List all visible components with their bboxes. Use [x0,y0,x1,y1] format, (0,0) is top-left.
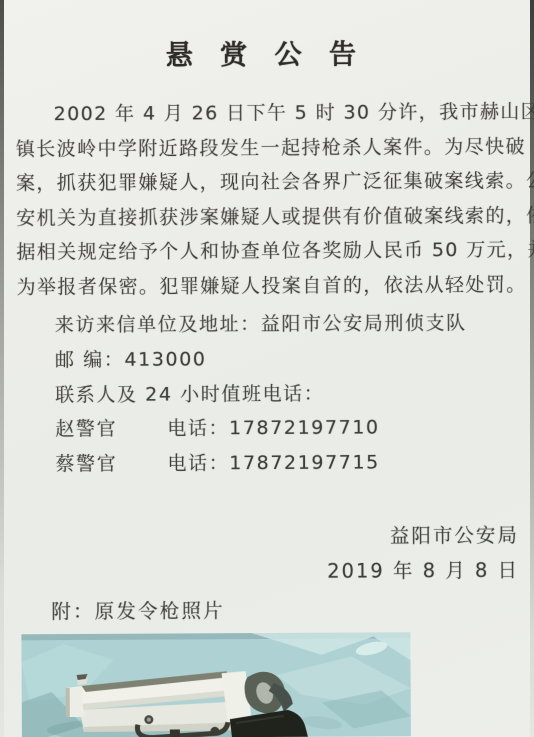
contact-info-section: 来访来信单位及地址：益阳市公安局刑侦支队 邮 编：413000 联系人及 24 … [17,306,522,483]
officer-contact-row: 蔡警官 电话：17872197715 [17,445,521,482]
reward-notice-document: 悬 赏 公 告 2002 年 4 月 26 日下午 5 时 30 分许，我市赫山… [0,0,534,737]
body-line: 案，抓获犯罪嫌疑人，现向社会各界广泛征集破案线索。公 [16,164,520,201]
issuing-agency: 益阳市公安局 [327,519,519,555]
contact-hotline-line: 联系人及 24 小时值班电话： [17,375,521,412]
contact-postcode-line: 邮 编：413000 [17,340,521,377]
starter-pistol-illustration [21,632,411,737]
body-line: 镇长波岭中学附近路段发生一起持枪杀人案件。为尽快破 [16,129,520,166]
document-content: 悬 赏 公 告 2002 年 4 月 26 日下午 5 时 30 分许，我市赫山… [0,0,534,737]
contact-address-line: 来访来信单位及地址：益阳市公安局刑侦支队 [17,306,521,343]
officer-name: 蔡警官 [55,447,167,482]
notice-title: 悬 赏 公 告 [0,32,532,74]
officer-name: 赵警官 [55,412,167,447]
body-line: 据相关规定给予个人和协查单位各奖励人民币 50 万元，并 [16,233,520,270]
officer-phone: 电话：17872197715 [167,446,380,482]
body-line: 2002 年 4 月 26 日下午 5 时 30 分许，我市赫山区龙光桥 [16,95,520,132]
issue-date: 2019 年 8 月 8 日 [327,553,519,589]
body-line: 安机关为直接抓获涉案嫌疑人或提供有价值破案线索的，依 [16,198,520,235]
officer-contact-row: 赵警官 电话：17872197710 [17,410,521,447]
body-line: 为举报者保密。犯罪嫌疑人投案自首的，依法从轻处罚。 [16,268,520,305]
notice-body-paragraph: 2002 年 4 月 26 日下午 5 时 30 分许，我市赫山区龙光桥 镇长波… [16,95,521,305]
officer-phone: 电话：17872197710 [167,411,380,447]
signature-block: 益阳市公安局 2019 年 8 月 8 日 [327,519,519,589]
starter-pistol-photo [21,632,411,737]
attachment-label: 附：原发令枪照片 [51,595,225,624]
